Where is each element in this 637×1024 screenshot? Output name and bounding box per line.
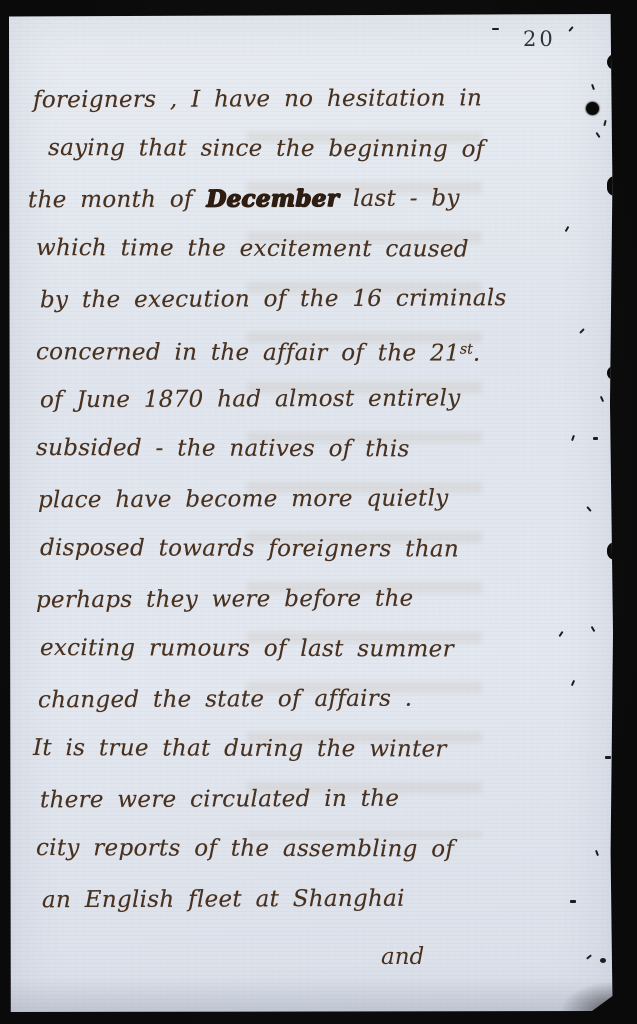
- manuscript-line: perhaps they were before the: [36, 573, 613, 626]
- manuscript-line: It is true that during the winter: [33, 723, 613, 775]
- manuscript-line: concerned in the affair of the 21st.: [36, 323, 613, 375]
- paper-bottom-shadow: [9, 978, 613, 1012]
- hole-punch-dot: [586, 102, 599, 115]
- manuscript-line: disposed towards foreigners than: [40, 523, 613, 575]
- line-text: the month of: [28, 186, 207, 213]
- paper-speck: [568, 26, 573, 32]
- paper-speck: [593, 437, 598, 440]
- manuscript-line: which time the excitement caused: [36, 223, 613, 275]
- manuscript-line: the month of December last - by: [28, 173, 613, 226]
- manuscript-line: exciting rumours of last summer: [40, 623, 613, 675]
- paper-speck: [570, 900, 576, 903]
- line-text: concerned in the affair of the 21: [36, 339, 460, 366]
- manuscript-line: city reports of the assembling of: [36, 823, 613, 875]
- paper-speck: [492, 28, 499, 30]
- catchword: and: [381, 937, 424, 977]
- manuscript-line: place have become more quietly: [38, 473, 613, 526]
- ordinal-superscript: st: [460, 341, 473, 357]
- manuscript-line: changed the state of affairs .: [38, 673, 613, 726]
- manuscript-line: foreigners , I have no hesitation in: [33, 73, 613, 126]
- paper-speck: [586, 954, 592, 959]
- manuscript-line: by the execution of the 16 criminals: [40, 273, 613, 325]
- manuscript-line: subsided - the natives of this: [36, 423, 613, 475]
- paper-speck: [600, 958, 606, 963]
- line-text: .: [473, 341, 481, 367]
- manuscript-line: an English fleet at Shanghai: [42, 873, 613, 925]
- manuscript-line: saying that since the beginning of: [48, 123, 613, 175]
- corrected-word: December: [206, 185, 339, 213]
- manuscript-page: 20 foreigners , I have no hesitation in …: [9, 14, 613, 1012]
- manuscript-text: foreigners , I have no hesitation in say…: [9, 74, 613, 924]
- manuscript-line: there were circulated in the: [40, 773, 613, 825]
- line-text: last - by: [339, 185, 460, 212]
- paper-speck: [605, 756, 611, 759]
- page-number: 20: [523, 27, 556, 51]
- manuscript-line: of June 1870 had almost entirely: [40, 373, 613, 425]
